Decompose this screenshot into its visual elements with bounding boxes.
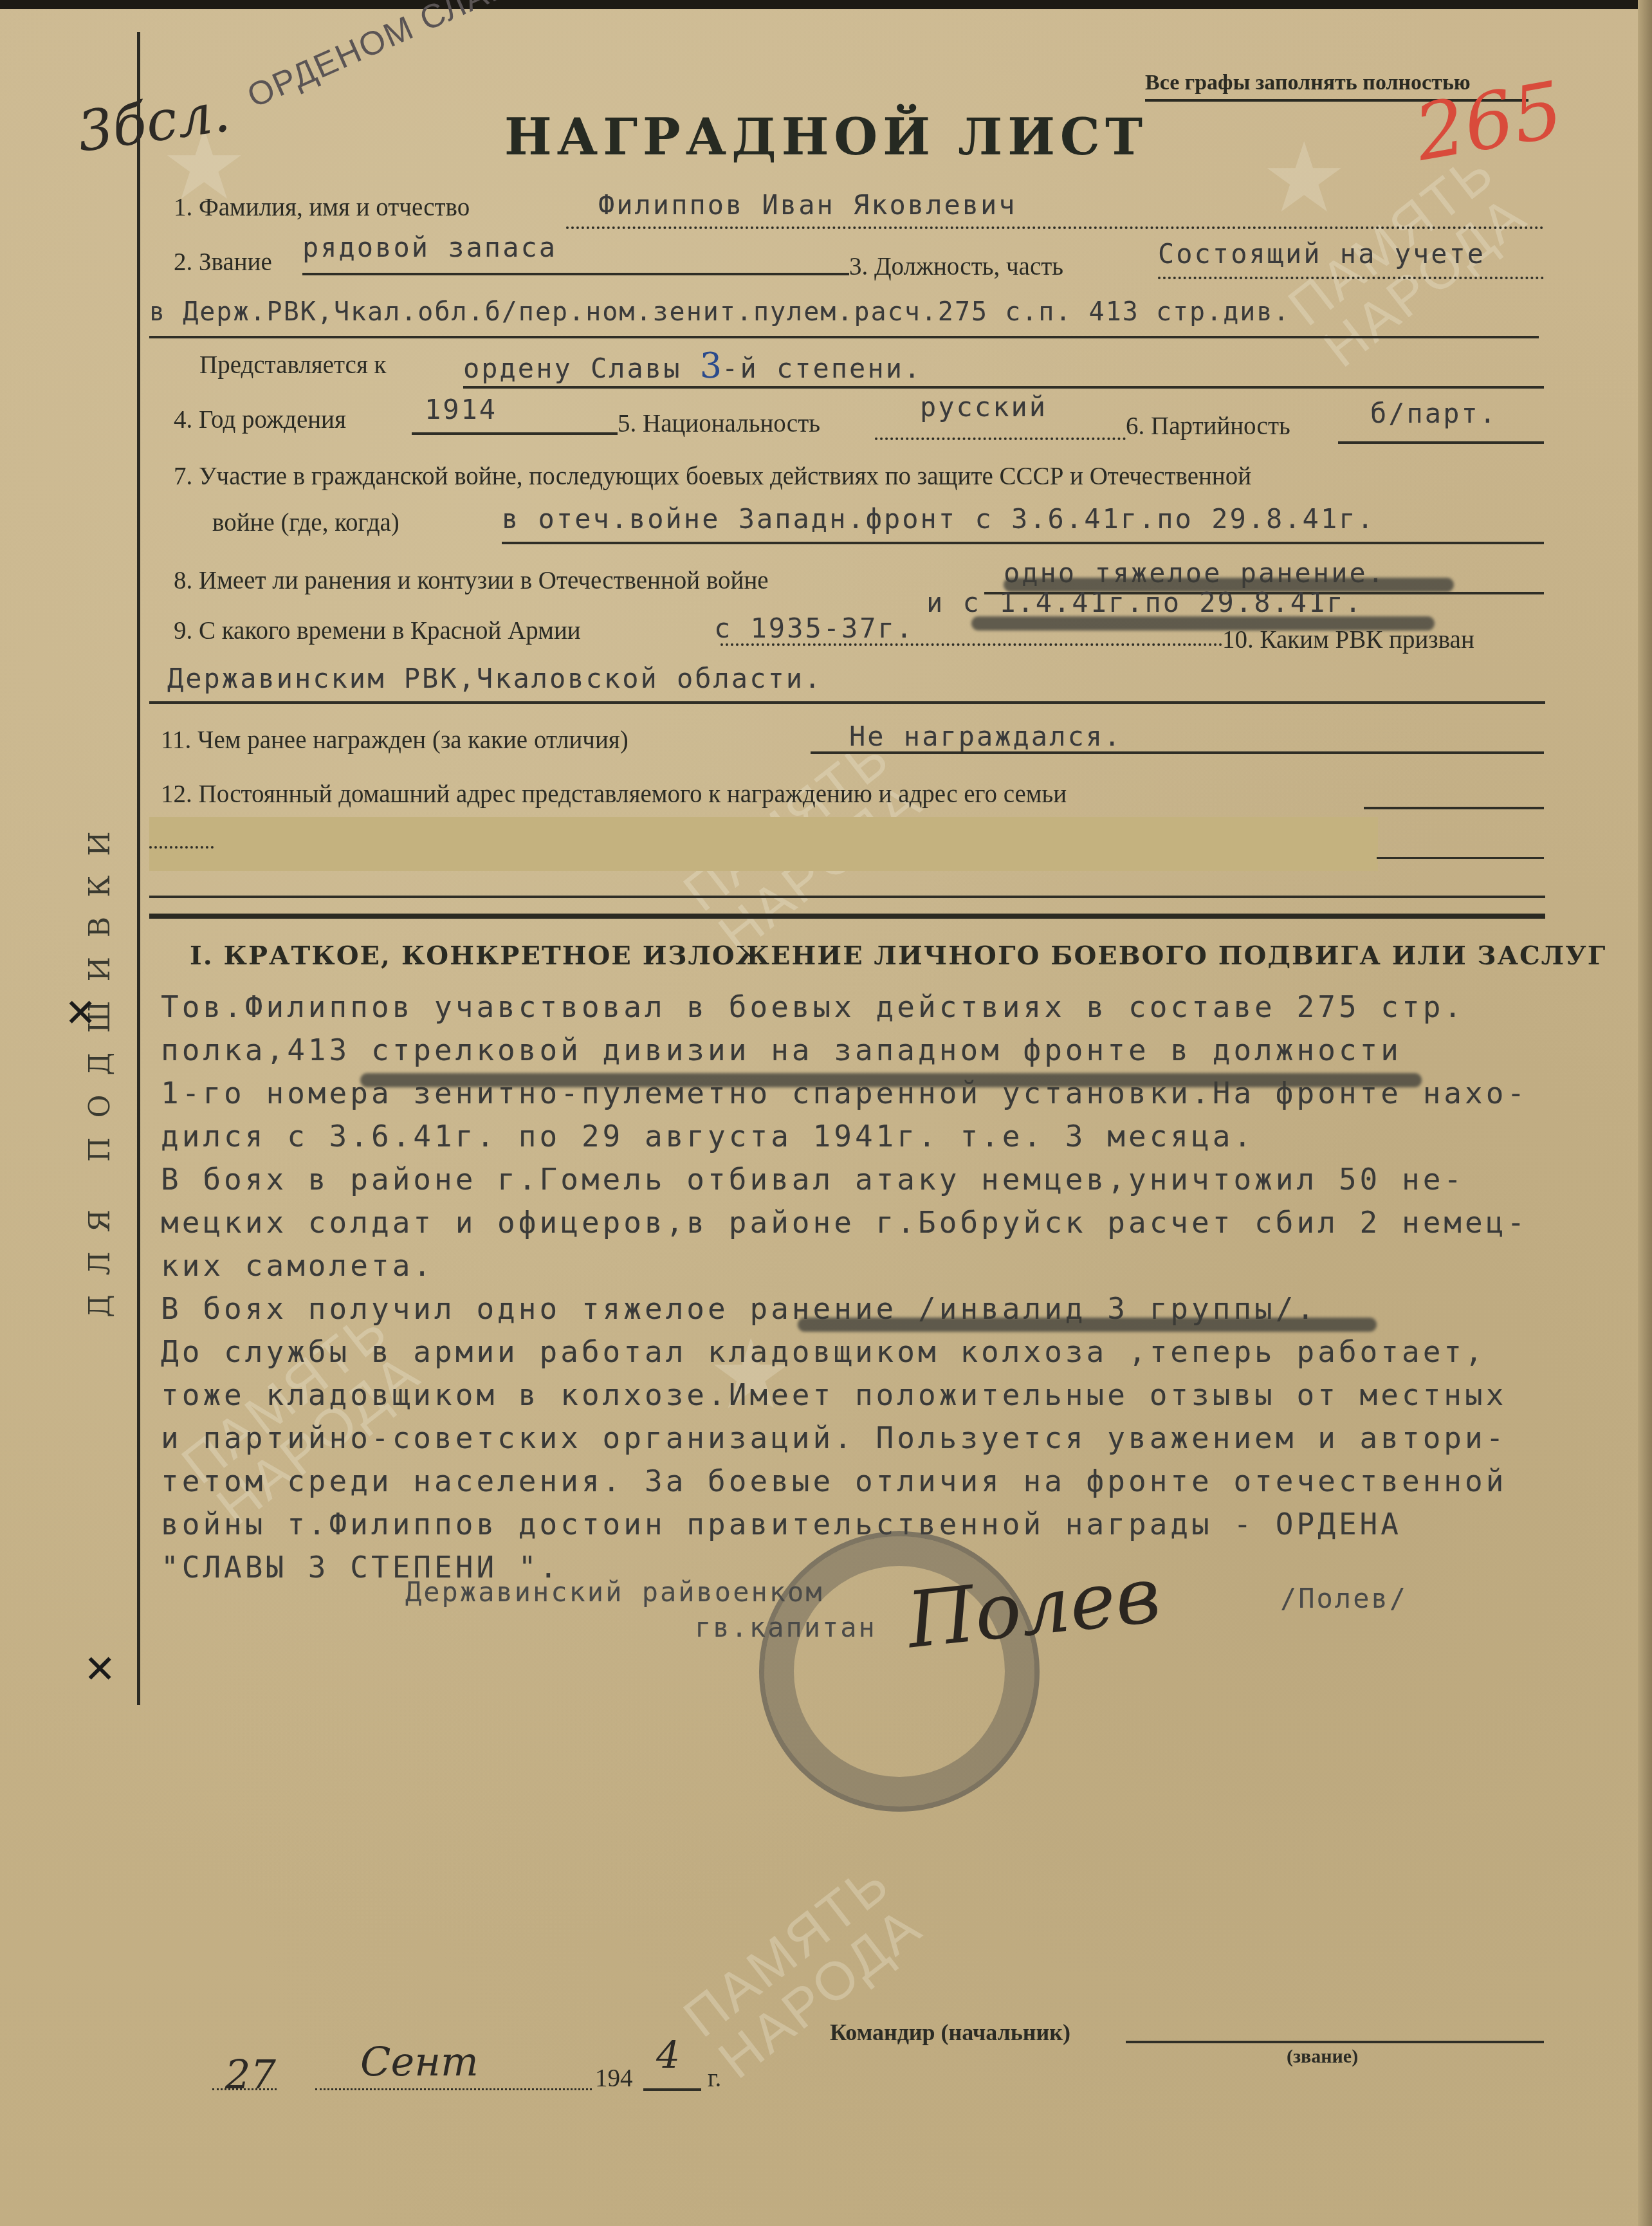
field-5-label: 5. Национальность — [618, 409, 820, 438]
field-1-line — [566, 226, 1544, 229]
field-3-label: 3. Должность, часть — [849, 252, 1063, 281]
rank-caption: (звание) — [1287, 2046, 1358, 2068]
scan-top-edge — [0, 0, 1652, 9]
date-day-line — [212, 2088, 277, 2090]
field-5-line — [875, 437, 1126, 440]
field-7-label: 7. Участие в гражданской войне, последую… — [174, 462, 1251, 491]
narrative-line: Тов.Филиппов учавствовал в боевых действ… — [161, 986, 1640, 1029]
date-day: 27 — [225, 2051, 276, 2098]
pencil-underline — [360, 1073, 1422, 1087]
date-year-digit: 4 — [656, 2033, 680, 2077]
narrative-line: дился с 3.6.41г. по 29 августа 1941г. т.… — [161, 1115, 1640, 1158]
field-6-line — [1338, 441, 1544, 444]
field-3-value-continued: в Держ.РВК,Чкал.обл.б/пер.ном.зенит.пуле… — [149, 297, 1290, 327]
date-year-line — [643, 2088, 701, 2091]
date-year-prefix: 194 — [595, 2064, 633, 2093]
narrative-line: и партийно-советских организаций. Пользу… — [161, 1417, 1640, 1460]
narrative-line: тоже кладовщиком в колхозе.Имеет положит… — [161, 1374, 1640, 1417]
field-1-value: Филиппов Иван Яковлевич — [598, 189, 1017, 221]
field-7-label-continued: войне (где, когда) — [212, 508, 399, 537]
date-suffix: г. — [708, 2064, 721, 2093]
binding-margin-line — [137, 32, 140, 1705]
narrative-line: В боях в районе г.Гомель отбивал атаку н… — [161, 1158, 1640, 1201]
field-3-value: Состоящий на учете — [1158, 238, 1485, 270]
field-6-value: б/парт. — [1370, 398, 1498, 429]
section-heading: I. КРАТКОЕ, КОНКРЕТНОЕ ИЗЛОЖЕНИЕ ЛИЧНОГО… — [190, 941, 1606, 971]
field-9-value-extra: и с 1.4.41г.по 29.8.41г. — [926, 587, 1363, 618]
field-11-line — [811, 751, 1544, 754]
field-1-label: 1. Фамилия, имя и отчество — [174, 193, 470, 222]
signatory-organization: Державинский райвоенком — [405, 1576, 824, 1608]
field-10-label: 10. Каким РВК призван — [1222, 625, 1474, 654]
pencil-underline — [798, 1318, 1377, 1332]
signatory-rank: гв.капитан — [695, 1612, 877, 1643]
field-12-line-3 — [1377, 857, 1544, 859]
field-4-label: 4. Год рождения — [174, 405, 346, 434]
commander-label: Командир (начальник) — [830, 2019, 1070, 2046]
field-9-value: с 1935-37г. — [714, 612, 914, 644]
field-5-value: русский — [920, 391, 1047, 423]
presented-line — [463, 386, 1544, 389]
field-12-line-4 — [149, 896, 1545, 898]
field-8-label: 8. Имеет ли ранения и контузии в Отечест… — [174, 566, 769, 595]
commander-line — [1126, 2041, 1544, 2043]
field-4-value: 1914 — [425, 394, 497, 425]
section-divider — [149, 914, 1545, 919]
narrative-line: До службы в армии работал кладовщиком ко… — [161, 1330, 1640, 1374]
narrative-line: полка,413 стрелковой дивизии на западном… — [161, 1029, 1640, 1072]
field-2-value: рядовой запаса — [302, 232, 557, 263]
field-7-line — [502, 542, 1544, 544]
field-2-label: 2. Звание — [174, 248, 272, 277]
field-6-label: 6. Партийность — [1126, 412, 1290, 441]
field-12-label: 12. Постоянный домашний адрес представля… — [161, 780, 1067, 809]
field-10-line — [149, 701, 1545, 704]
date-month: Сент — [360, 2038, 479, 2085]
document-title: НАГРАДНОЙ ЛИСТ — [0, 108, 1652, 167]
field-7-value: в отеч.войне Западн.фронт с 3.6.41г.по 2… — [502, 503, 1375, 535]
field-11-value: Не награждался. — [849, 721, 1122, 752]
presented-value: ордену Славы 3-й степени. — [463, 345, 922, 386]
staple-hole-icon: ✕ — [84, 1647, 116, 1692]
field-2-line — [302, 273, 849, 275]
binding-label: ДЛЯ ПОДШИВКИ — [84, 759, 135, 1370]
presented-label: Представляется к — [199, 351, 387, 380]
narrative-line: мецких солдат и офицеров,в районе г.Бобр… — [161, 1201, 1640, 1244]
narrative-line: ких самолета. — [161, 1244, 1640, 1287]
field-11-label: 11. Чем ранее награжден (за какие отличи… — [161, 726, 629, 755]
handwritten-degree: 3 — [700, 345, 722, 386]
field-12-line-2 — [149, 846, 214, 849]
field-3-line — [1158, 277, 1544, 279]
field-3-line-2 — [149, 336, 1539, 338]
date-month-line — [315, 2088, 592, 2090]
narrative-line: тетом среди населения. За боевые отличия… — [161, 1460, 1640, 1503]
staple-hole-icon: ✕ — [64, 991, 96, 1036]
field-9-label: 9. С какого времени в Красной Армии — [174, 616, 581, 645]
signatory-name: /Полев/ — [1280, 1583, 1408, 1614]
field-9-line — [720, 643, 1222, 646]
field-12-line — [1364, 807, 1544, 809]
field-10-value: Державинским РВК,Чкаловской области. — [167, 663, 822, 694]
redacted-address — [149, 817, 1378, 871]
field-4-line — [412, 432, 618, 435]
